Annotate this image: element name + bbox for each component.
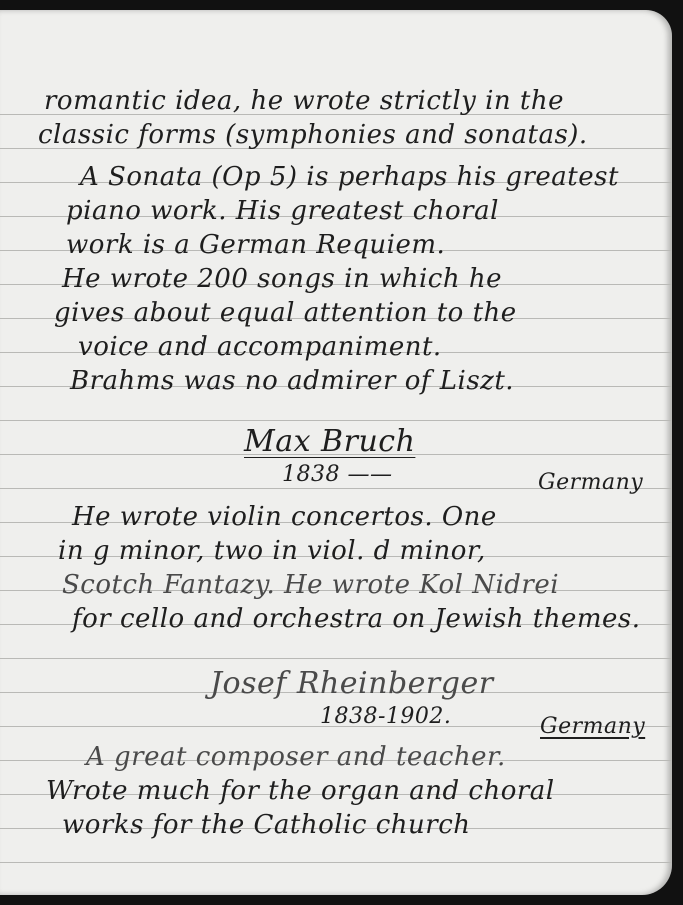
- ruled-line: [0, 862, 672, 863]
- text-line: for cello and orchestra on Jewish themes…: [72, 604, 641, 634]
- text-line: Scotch Fantazy. He wrote Kol Nidrei: [62, 570, 559, 600]
- text-line: works for the Catholic church: [62, 810, 471, 840]
- text-line: piano work. His greatest choral: [66, 196, 499, 226]
- text-line: He wrote violin concertos. One: [72, 502, 497, 532]
- text-line: voice and accompaniment.: [78, 332, 442, 362]
- text-line: A great composer and teacher.: [86, 742, 506, 772]
- text-line: work is a German Requiem.: [66, 230, 445, 260]
- text-line: A Sonata (Op 5) is perhaps his greatest: [80, 162, 619, 192]
- text-line: Brahms was no admirer of Liszt.: [70, 366, 514, 396]
- ruled-line: [0, 420, 672, 421]
- composer-years: 1838 ——: [282, 462, 392, 487]
- composer-country: Germany: [540, 714, 645, 739]
- composer-country: Germany: [538, 470, 643, 495]
- notebook-page: romantic idea, he wrote strictly in the …: [0, 10, 672, 895]
- text-line: He wrote 200 songs in which he: [62, 264, 502, 294]
- ruled-line: [0, 658, 672, 659]
- composer-heading: Max Bruch: [244, 424, 415, 459]
- text-line: Wrote much for the organ and choral: [46, 776, 555, 806]
- text-line: gives about equal attention to the: [54, 298, 517, 328]
- composer-heading: Josef Rheinberger: [210, 666, 494, 701]
- composer-years: 1838-1902.: [320, 704, 451, 729]
- text-line: in g minor, two in viol. d minor,: [58, 536, 486, 566]
- text-line: romantic idea, he wrote strictly in the: [44, 86, 564, 116]
- text-line: classic forms (symphonies and sonatas).: [38, 120, 588, 150]
